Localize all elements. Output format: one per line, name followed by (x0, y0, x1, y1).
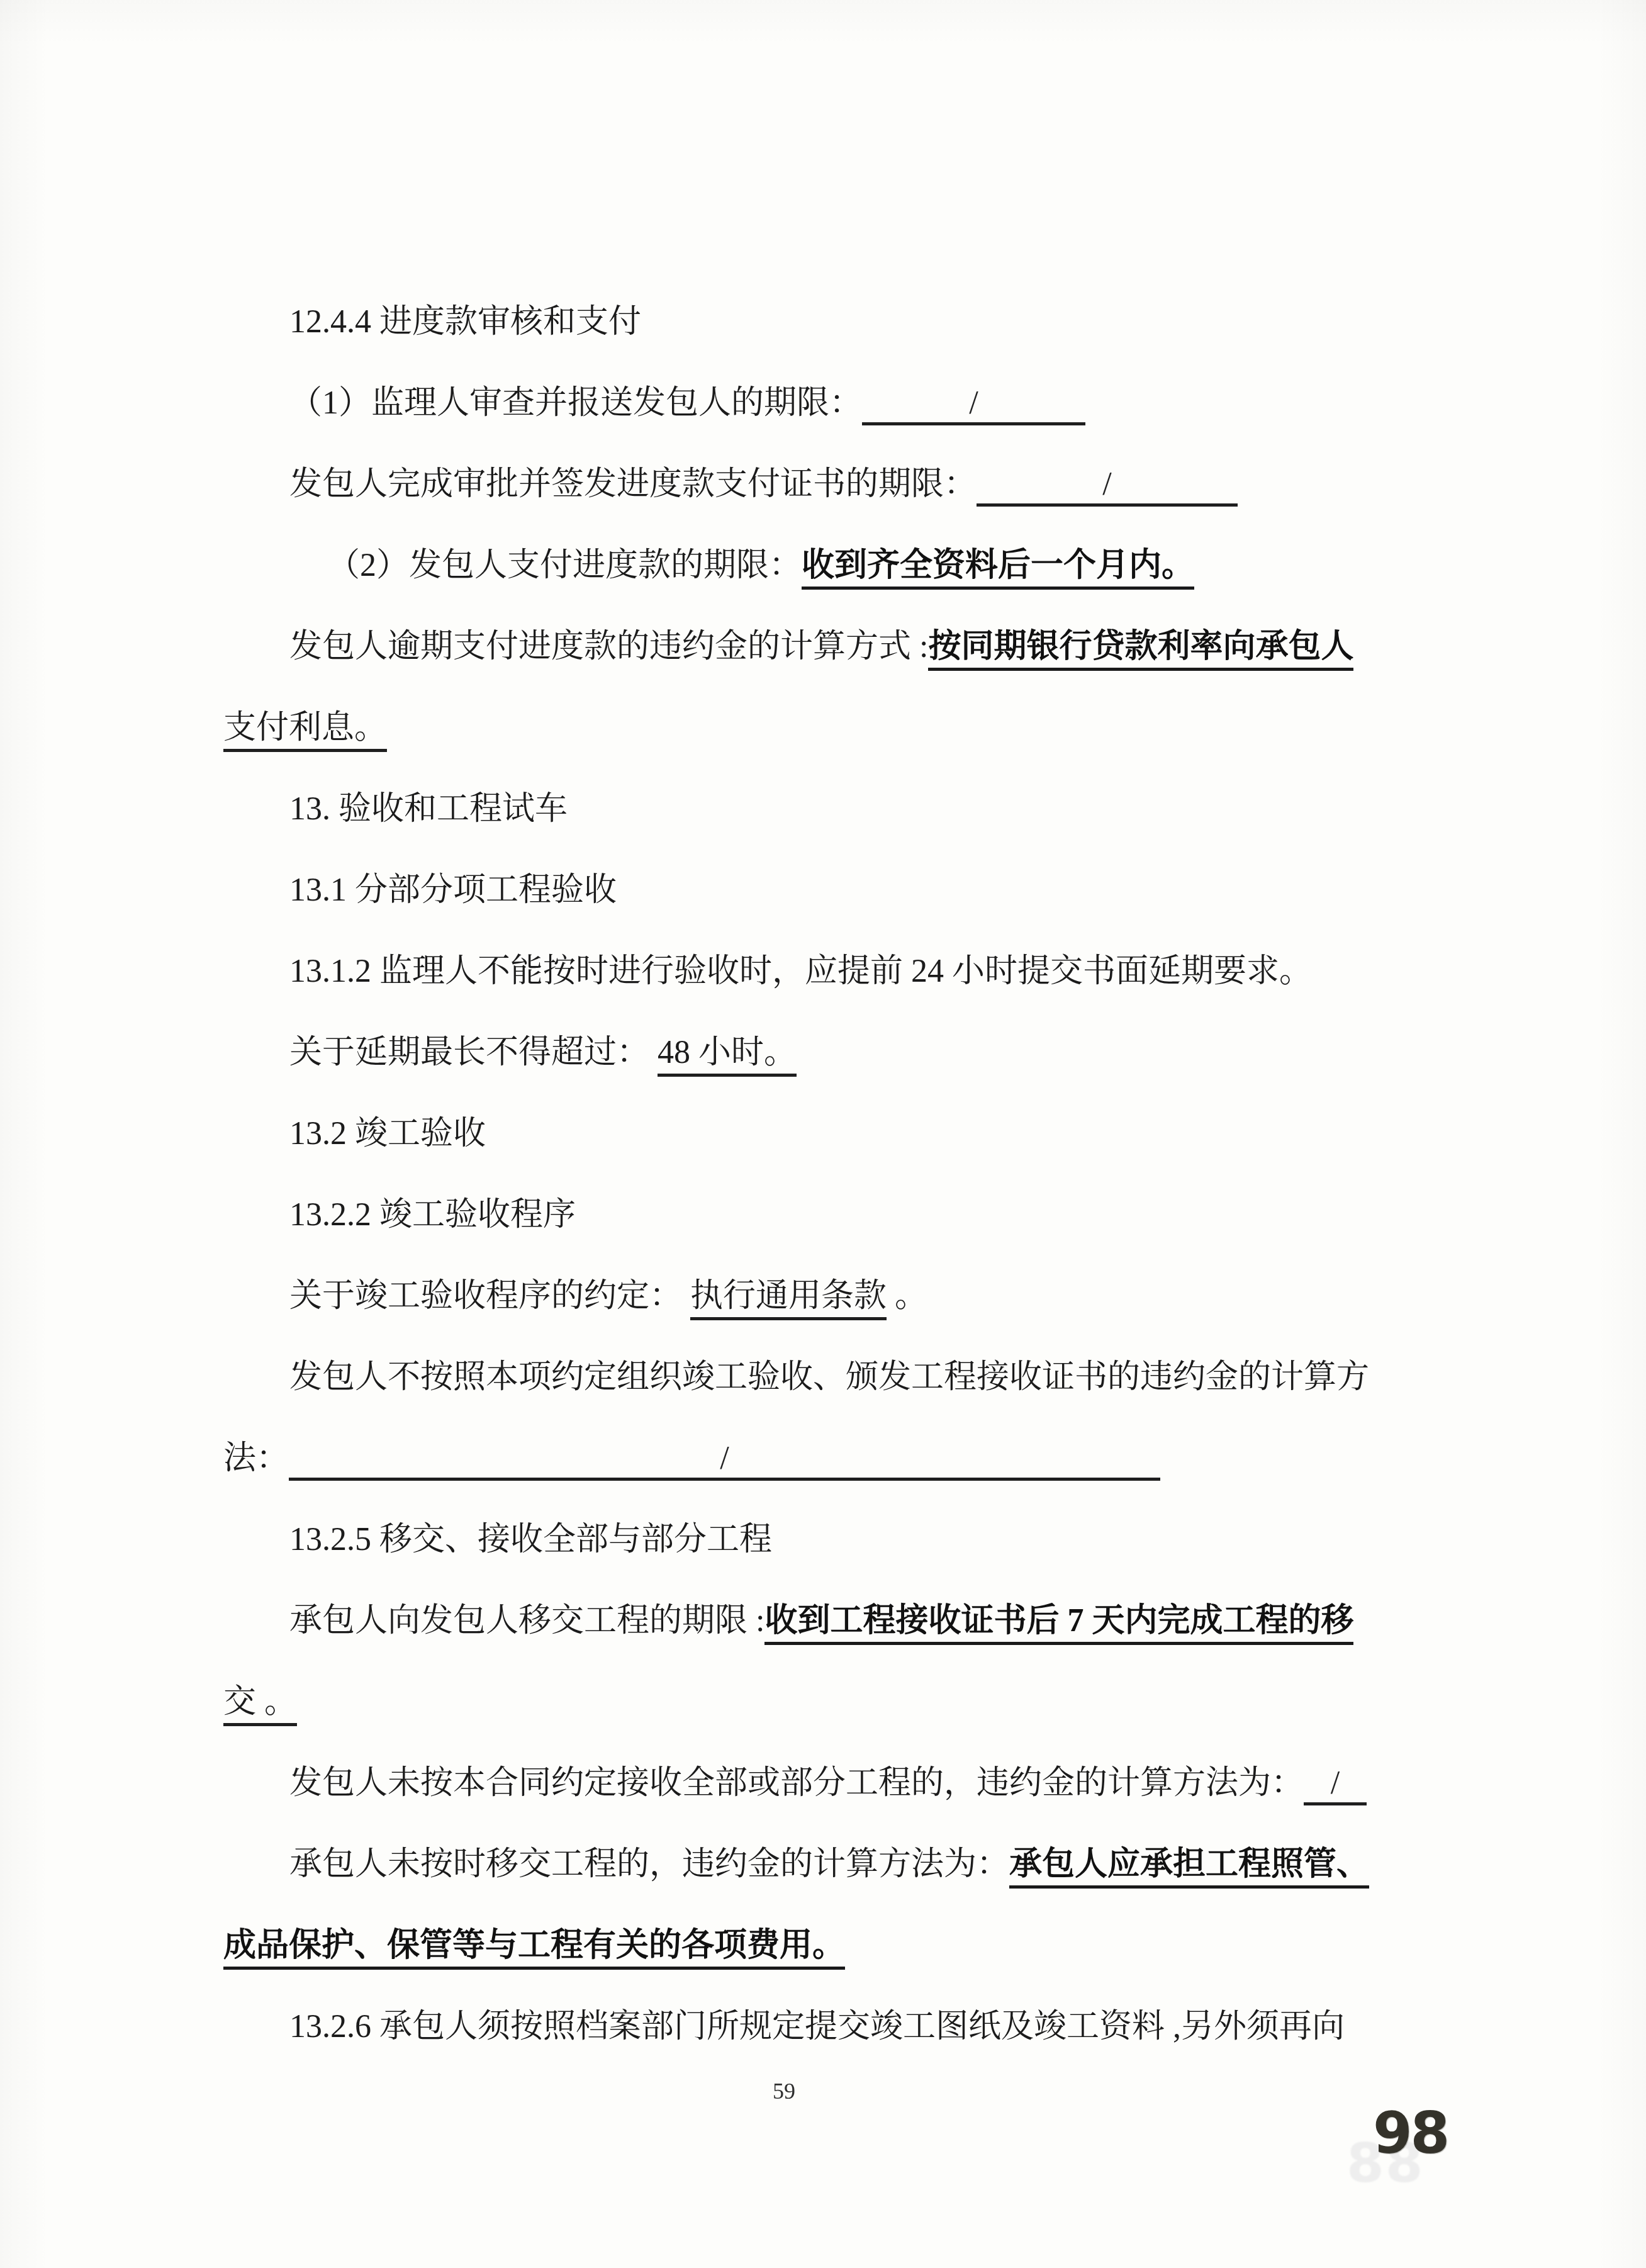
filled-answer-text: 执行通用条款 (690, 1278, 887, 1320)
text-segment: 发包人完成审批并签发进度款支付证书的期限： (289, 466, 977, 502)
contract-line: 关于竣工验收程序的约定： 执行通用条款 。 (223, 1255, 1387, 1337)
filled-answer-text: 收到齐全资料后一个月内。 (802, 547, 1194, 590)
text-segment: 13.1 分部分项工程验收 (289, 872, 617, 908)
filled-answer-text: 承包人应承担工程照管、 (1009, 1846, 1369, 1889)
blank-fill-in-field: / (289, 1440, 1160, 1481)
blank-fill-in-field: / (1304, 1765, 1367, 1805)
contract-body-text: 12.4.4 进度款审核和支付（1）监理人审查并报送发包人的期限：/发包人完成审… (223, 281, 1387, 2067)
filled-answer-text: 48 小时。 (658, 1035, 797, 1077)
page-number: 59 (773, 2080, 795, 2102)
stamp-page-number: 98 (1373, 2107, 1448, 2161)
filled-answer-text: 交 。 (223, 1684, 297, 1726)
text-segment: 承包人未按时移交工程的，违约金的计算方法为： (289, 1846, 1009, 1882)
text-segment: 。 (887, 1278, 927, 1314)
text-segment: 关于延期最长不得超过： (289, 1035, 658, 1070)
contract-line: 13.1.2 监理人不能按时进行验收时，应提前 24 小时提交书面延期要求。 (223, 931, 1387, 1012)
contract-line: 支付利息。 (223, 687, 1387, 768)
scanned-contract-page: 12.4.4 进度款审核和支付（1）监理人审查并报送发包人的期限：/发包人完成审… (0, 0, 1646, 2268)
contract-line: 13.1 分部分项工程验收 (223, 850, 1387, 931)
contract-line: （2）发包人支付进度款的期限：收到齐全资料后一个月内。 (223, 525, 1387, 606)
contract-line: 发包人完成审批并签发进度款支付证书的期限：/ (223, 444, 1387, 525)
text-segment: （2）发包人支付进度款的期限： (327, 547, 802, 583)
text-segment: 发包人逾期支付进度款的违约金的计算方式 : (289, 629, 928, 665)
text-segment: 承包人向发包人移交工程的期限 : (289, 1603, 764, 1639)
contract-line: 成品保护、保管等与工程有关的各项费用。 (223, 1905, 1387, 1986)
contract-line: 发包人未按本合同约定接收全部或部分工程的，违约金的计算方法为：/ (223, 1743, 1387, 1824)
filled-answer-text: 收到工程接收证书后 7 天内完成工程的移 (764, 1603, 1353, 1645)
contract-line: （1）监理人审查并报送发包人的期限：/ (223, 362, 1387, 444)
contract-line: 13.2.6 承包人须按照档案部门所规定提交竣工图纸及竣工资料 ,另外须再向 (223, 1986, 1387, 2067)
contract-line: 承包人未按时移交工程的，违约金的计算方法为：承包人应承担工程照管、 (223, 1824, 1387, 1905)
text-segment: 13.2.6 承包人须按照档案部门所规定提交竣工图纸及竣工资料 ,另外须再向 (289, 2009, 1345, 2045)
blank-fill-in-field: / (977, 466, 1238, 507)
text-segment: 13. 验收和工程试车 (289, 791, 568, 827)
text-segment: 12.4.4 进度款审核和支付 (289, 304, 641, 340)
contract-line: 交 。 (223, 1661, 1387, 1743)
text-segment: 法： (223, 1440, 289, 1476)
contract-line: 法：/ (223, 1418, 1387, 1499)
text-segment: 关于竣工验收程序的约定： (289, 1278, 690, 1314)
contract-line: 13.2.2 竣工验收程序 (223, 1174, 1387, 1255)
contract-line: 发包人逾期支付进度款的违约金的计算方式 :按同期银行贷款利率向承包人 (223, 606, 1387, 687)
filled-answer-text: 按同期银行贷款利率向承包人 (928, 629, 1353, 671)
contract-line: 13.2 竣工验收 (223, 1093, 1387, 1174)
text-segment: 13.2 竣工验收 (289, 1116, 486, 1152)
contract-line: 关于延期最长不得超过： 48 小时。 (223, 1012, 1387, 1093)
text-segment: 13.1.2 监理人不能按时进行验收时，应提前 24 小时提交书面延期要求。 (289, 953, 1312, 989)
blank-fill-in-field: / (862, 385, 1085, 425)
text-segment: 13.2.2 竣工验收程序 (289, 1197, 576, 1233)
contract-line: 13.2.5 移交、接收全部与部分工程 (223, 1499, 1387, 1580)
text-segment: 发包人不按照本项约定组织竣工验收、颁发工程接收证书的违约金的计算方 (289, 1359, 1369, 1395)
contract-line: 发包人不按照本项约定组织竣工验收、颁发工程接收证书的违约金的计算方 (223, 1337, 1387, 1418)
text-segment: （1）监理人审查并报送发包人的期限： (289, 385, 862, 421)
filled-answer-text: 成品保护、保管等与工程有关的各项费用。 (223, 1928, 845, 1970)
text-segment: 13.2.5 移交、接收全部与部分工程 (289, 1522, 772, 1558)
contract-line: 13. 验收和工程试车 (223, 768, 1387, 850)
contract-line: 承包人向发包人移交工程的期限 :收到工程接收证书后 7 天内完成工程的移 (223, 1580, 1387, 1661)
contract-line: 12.4.4 进度款审核和支付 (223, 281, 1387, 362)
text-segment: 发包人未按本合同约定接收全部或部分工程的，违约金的计算方法为： (289, 1765, 1304, 1801)
filled-answer-text: 支付利息。 (223, 710, 387, 752)
